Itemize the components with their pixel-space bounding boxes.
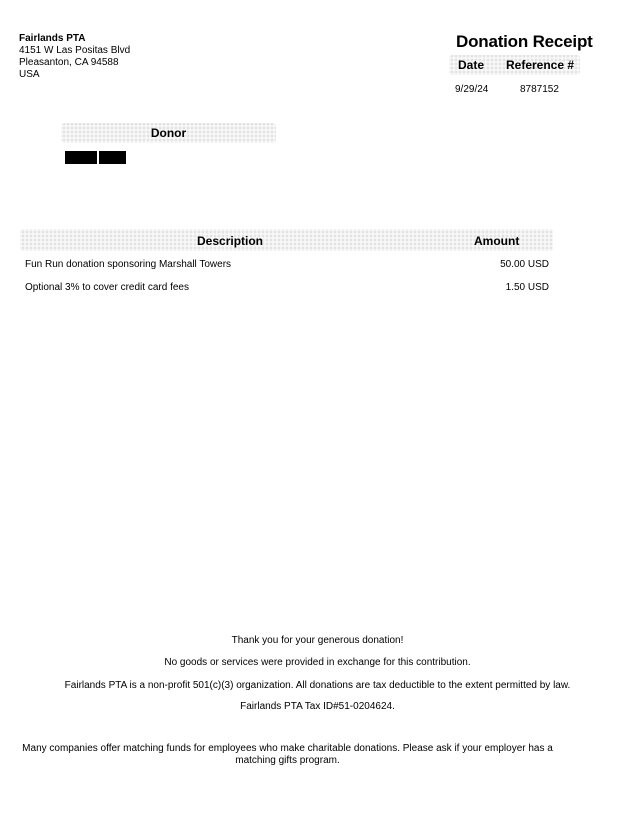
organization-block: Fairlands PTA 4151 W Las Positas Blvd Pl… [19,33,130,81]
no-goods-statement: No goods or services were provided in ex… [0,657,635,668]
receipt-date: 9/29/24 [455,84,488,95]
receipt-title: Donation Receipt [456,32,593,52]
nonprofit-statement: Fairlands PTA is a non-profit 501(c)(3) … [0,680,635,691]
reference-label: Reference # [506,58,574,72]
date-label: Date [458,58,484,72]
donor-name-redacted [65,151,97,164]
organization-address-line2: Pleasanton, CA 94588 [19,57,130,69]
organization-address-line1: 4151 W Las Positas Blvd [19,45,130,57]
description-header: Description [197,234,263,248]
item-description: Fun Run donation sponsoring Marshall Tow… [25,259,231,270]
item-description: Optional 3% to cover credit card fees [25,282,189,293]
receipt-reference: 8787152 [520,84,559,95]
organization-country: USA [19,69,130,81]
tax-id: Fairlands PTA Tax ID#51-0204624. [0,701,635,712]
item-amount: 1.50 USD [506,282,549,293]
receipt-meta-header: Date Reference # [449,55,580,75]
donor-header: Donor [61,123,276,143]
matching-gifts-note: Many companies offer matching funds for … [20,743,555,767]
item-amount: 50.00 USD [500,259,549,270]
donor-name-redacted-2 [99,151,126,164]
organization-name: Fairlands PTA [19,33,130,45]
thank-you-message: Thank you for your generous donation! [0,635,635,646]
amount-header: Amount [474,234,519,248]
items-table-header: Description Amount [20,229,553,251]
